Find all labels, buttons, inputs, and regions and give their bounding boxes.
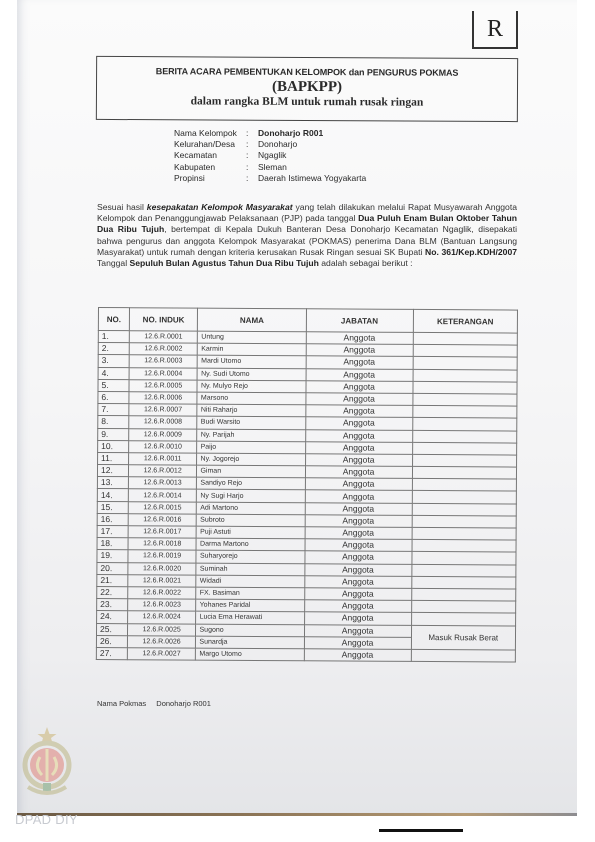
scan-artifact-bar [379, 829, 463, 832]
cell-no-induk: 12.6.R.0024 [127, 611, 196, 624]
cell-nama: Untung [198, 331, 306, 344]
info-value: Sleman [258, 162, 287, 173]
cell-keterangan [412, 479, 516, 492]
info-label: Nama Kelompok [174, 128, 246, 139]
cell-jabatan: Anggota [304, 649, 411, 662]
cell-no-induk: 12.6.R.0008 [129, 416, 198, 429]
cell-no: 15. [97, 501, 128, 513]
cell-jabatan: Anggota [305, 539, 412, 552]
cell-keterangan [412, 406, 516, 419]
info-row: Propinsi:Daerah Istimewa Yogyakarta [174, 173, 366, 184]
cell-keterangan [412, 418, 516, 431]
cell-jabatan: Anggota [306, 332, 413, 345]
info-value: Daerah Istimewa Yogyakarta [258, 173, 366, 184]
text: Sesuai hasil [97, 202, 147, 212]
cell-nama: Ny. Mulyo Rejo [197, 380, 305, 393]
cell-keterangan [412, 430, 516, 443]
decree-date: Sepuluh Bulan Agustus Tahun Dua Ribu Tuj… [130, 258, 319, 268]
cell-no-induk: 12.6.R.0026 [127, 635, 196, 648]
cell-keterangan [412, 491, 516, 504]
members-table: NO. NO. INDUK NAMA JABATAN KETERANGAN 1.… [96, 307, 518, 663]
cell-keterangan [413, 381, 517, 394]
cell-keterangan [413, 332, 517, 345]
info-label: Kecamatan [174, 150, 246, 161]
cell-jabatan: Anggota [306, 381, 413, 394]
cell-jabatan: Anggota [306, 356, 413, 369]
cell-no-induk: 12.6.R.0009 [129, 428, 198, 441]
cell-no: 12. [97, 465, 128, 477]
cell-keterangan [413, 345, 517, 358]
cell-nama: Yohanes Paridal [196, 599, 304, 612]
cell-no-induk: 12.6.R.0013 [128, 477, 197, 490]
cell-nama: Giman [197, 465, 305, 478]
header-jabatan: JABATAN [306, 309, 413, 333]
cell-jabatan: Anggota [305, 429, 412, 442]
cell-no-induk: 12.6.R.0010 [128, 440, 197, 453]
info-colon: : [246, 128, 258, 139]
cell-keterangan [413, 369, 517, 382]
cell-jabatan: Anggota [306, 344, 413, 357]
cell-no: 9. [98, 428, 129, 440]
pokmas-name-line: Nama Pokmas Donoharjo R001 [97, 699, 211, 708]
cell-no: 8. [98, 416, 129, 428]
cell-no: 25. [96, 623, 127, 635]
title-subtitle: dalam rangka BLM untuk rumah rusak ringa… [97, 95, 517, 109]
decree-number: No. 361/Kep.KDH/2007 [425, 247, 517, 257]
cell-no: 24. [97, 611, 128, 623]
cell-no-induk: 12.6.R.0012 [128, 465, 197, 478]
cell-no: 18. [97, 538, 128, 550]
cell-no: 22. [97, 586, 128, 598]
cell-jabatan: Anggota [304, 600, 411, 613]
cell-no-induk: 12.6.R.0025 [127, 623, 196, 636]
cell-keterangan [411, 564, 515, 577]
cell-jabatan: Anggota [304, 563, 411, 576]
cell-no: 7. [98, 404, 129, 416]
cell-nama: Mardi Utomo [198, 355, 306, 368]
header-no: NO. [98, 308, 129, 331]
header-nama: NAMA [198, 308, 306, 332]
cell-keterangan [412, 466, 516, 479]
watermark: DPAD DIY [15, 812, 78, 827]
cell-keterangan [413, 357, 517, 370]
cell-jabatan: Anggota [304, 551, 411, 564]
cell-jabatan: Anggota [305, 515, 412, 528]
info-label: Propinsi [174, 173, 246, 184]
cell-nama: Margo Utomo [196, 648, 304, 661]
cell-no-induk: 12.6.R.0015 [128, 501, 197, 514]
cell-jabatan: Anggota [304, 588, 411, 601]
cell-nama: Adi Martono [197, 502, 305, 515]
cell-nama: Sunardja [196, 636, 304, 649]
cell-no: 3. [98, 355, 129, 367]
cell-keterangan: Masuk Rusak Berat [411, 625, 516, 650]
cell-no-induk: 12.6.R.0002 [129, 343, 198, 356]
cell-keterangan [411, 576, 515, 589]
cell-no: 6. [98, 391, 129, 403]
cell-no: 1. [98, 331, 129, 343]
cell-nama: FX. Basiman [196, 587, 304, 600]
info-value: Donoharjo R001 [258, 128, 323, 139]
cell-no: 27. [96, 647, 127, 659]
cell-nama: Sandiyo Rejo [197, 477, 305, 490]
cell-no: 14. [97, 489, 128, 501]
header-keterangan: KETERANGAN [413, 309, 518, 333]
cell-no-induk: 12.6.R.0023 [127, 599, 196, 612]
cell-no-induk: 12.6.R.0016 [128, 514, 197, 527]
cell-nama: Widadi [196, 575, 304, 588]
cell-keterangan [411, 601, 515, 614]
cell-jabatan: Anggota [305, 478, 412, 491]
cell-nama: Karmin [198, 343, 306, 356]
cell-jabatan: Anggota [304, 576, 411, 589]
cell-jabatan: Anggota [305, 454, 412, 467]
cell-keterangan [412, 540, 516, 553]
cell-no: 11. [98, 452, 129, 464]
cell-nama: Niti Raharjo [197, 404, 305, 417]
cell-jabatan: Anggota [305, 405, 412, 418]
info-row: Kabupaten:Sleman [174, 162, 366, 173]
cell-keterangan [411, 649, 515, 662]
cell-no: 2. [98, 343, 129, 355]
cell-no-induk: 12.6.R.0014 [128, 489, 197, 502]
cell-no-induk: 12.6.R.0007 [129, 404, 198, 417]
info-colon: : [246, 162, 258, 173]
cell-nama: Suharyorejo [196, 550, 304, 563]
cell-no-induk: 12.6.R.0006 [129, 392, 198, 405]
cell-no-induk: 12.6.R.0001 [129, 331, 198, 344]
cell-no: 5. [98, 379, 129, 391]
cell-no: 21. [97, 574, 128, 586]
cell-no-induk: 12.6.R.0019 [128, 550, 197, 563]
pokmas-value: Donoharjo R001 [156, 699, 211, 708]
cell-jabatan: Anggota [305, 502, 412, 515]
info-value: Ngaglik [258, 150, 286, 161]
cell-keterangan [412, 393, 516, 406]
cell-nama: Paijo [197, 441, 305, 454]
stamp-letter: R [472, 11, 518, 49]
cell-jabatan: Anggota [304, 612, 411, 625]
cell-no-induk: 12.6.R.0011 [128, 453, 197, 466]
cell-jabatan: Anggota [304, 624, 411, 637]
yogyakarta-coat-of-arms-icon [18, 725, 76, 803]
paper-edge [17, 813, 577, 816]
title-main: BERITA ACARA PEMBENTUKAN KELOMPOK dan PE… [97, 66, 517, 78]
cell-keterangan [412, 454, 516, 467]
statement-paragraph: Sesuai hasil kesepakatan Kelompok Masyar… [97, 202, 517, 269]
info-colon: : [246, 173, 258, 184]
cell-no-induk: 12.6.R.0018 [128, 538, 197, 551]
title-abbreviation: (BAPKPP) [97, 78, 517, 97]
cell-nama: Puji Astuti [197, 526, 305, 539]
group-info: Nama Kelompok:Donoharjo R001Kelurahan/De… [174, 128, 366, 184]
cell-no-induk: 12.6.R.0020 [128, 562, 197, 575]
info-label: Kelurahan/Desa [174, 139, 246, 150]
cell-jabatan: Anggota [305, 417, 412, 430]
cell-no-induk: 12.6.R.0027 [127, 648, 196, 661]
cell-keterangan [412, 442, 516, 455]
cell-jabatan: Anggota [305, 527, 412, 540]
cell-nama: Lucia Ema Herawati [196, 611, 304, 624]
cell-keterangan [411, 588, 515, 601]
table-row: 27.12.6.R.0027Margo UtomoAnggota [96, 647, 515, 662]
info-value: Donoharjo [258, 139, 297, 150]
cell-jabatan: Anggota [305, 490, 412, 503]
cell-no: 16. [97, 513, 128, 525]
pokmas-label: Nama Pokmas [97, 699, 146, 708]
cell-no: 17. [97, 525, 128, 537]
header-no-induk: NO. INDUK [129, 308, 198, 331]
cell-nama: Suminah [196, 563, 304, 576]
text: adalah sebagai berikut : [319, 258, 413, 268]
info-row: Kecamatan:Ngaglik [174, 150, 366, 161]
cell-nama: Darma Martono [196, 538, 304, 551]
cell-jabatan: Anggota [306, 368, 413, 381]
cell-nama: Ny. Sudi Utomo [198, 368, 306, 381]
cell-nama: Sugono [196, 624, 304, 637]
cell-jabatan: Anggota [305, 393, 412, 406]
text: Tanggal [97, 258, 130, 268]
cell-jabatan: Anggota [305, 441, 412, 454]
cell-no: 26. [96, 635, 127, 647]
cell-no: 10. [98, 440, 129, 452]
table-header-row: NO. NO. INDUK NAMA JABATAN KETERANGAN [98, 308, 517, 334]
cell-no-induk: 12.6.R.0005 [129, 379, 198, 392]
cell-nama: Ny. Parijah [197, 429, 305, 442]
cell-nama: Budi Warsito [197, 416, 305, 429]
cell-nama: Subroto [197, 514, 305, 527]
cell-no-induk: 12.6.R.0003 [129, 355, 198, 368]
cell-keterangan [412, 503, 516, 516]
info-label: Kabupaten [174, 162, 246, 173]
cell-nama: Ny Sugi Harjo [197, 490, 305, 503]
info-colon: : [246, 139, 258, 150]
cell-keterangan [412, 515, 516, 528]
info-row: Kelurahan/Desa:Donoharjo [174, 139, 366, 150]
cell-keterangan [411, 613, 515, 626]
cell-nama: Ny. Jogorejo [197, 453, 305, 466]
cell-keterangan [412, 552, 516, 565]
cell-no-induk: 12.6.R.0004 [129, 367, 198, 380]
cell-keterangan [412, 527, 516, 540]
cell-no: 23. [97, 599, 128, 611]
info-colon: : [246, 150, 258, 161]
cell-no: 4. [98, 367, 129, 379]
cell-nama: Marsono [197, 392, 305, 405]
info-row: Nama Kelompok:Donoharjo R001 [174, 128, 366, 139]
cell-no: 13. [97, 477, 128, 489]
cell-no: 19. [97, 550, 128, 562]
cell-no-induk: 12.6.R.0017 [128, 526, 197, 539]
cell-jabatan: Anggota [304, 636, 411, 649]
cell-jabatan: Anggota [305, 466, 412, 479]
title-box: BERITA ACARA PEMBENTUKAN KELOMPOK dan PE… [96, 56, 518, 122]
cell-no-induk: 12.6.R.0022 [128, 587, 197, 600]
cell-no-induk: 12.6.R.0021 [128, 574, 197, 587]
emphasis-text: kesepakatan Kelompok Masyarakat [147, 202, 293, 212]
cell-no: 20. [97, 562, 128, 574]
